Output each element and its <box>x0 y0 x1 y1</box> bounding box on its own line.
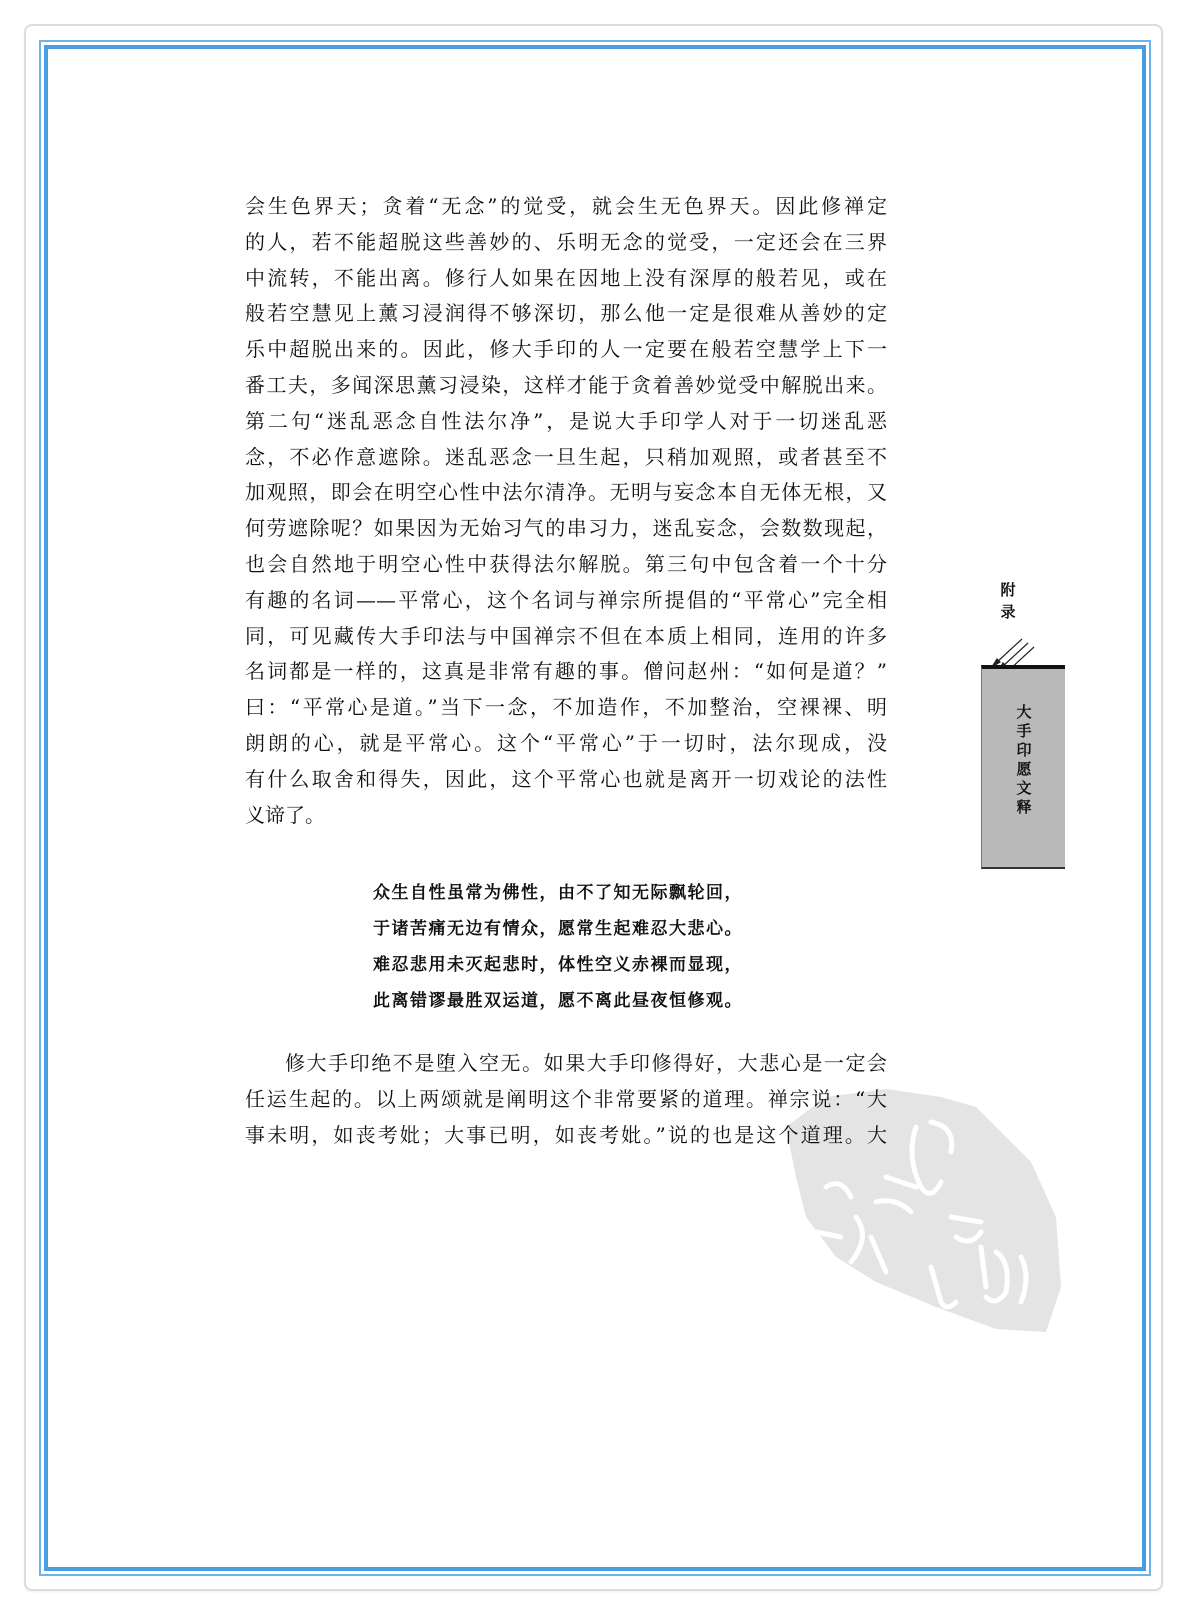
chapter-tab: 大手印愿文释 <box>981 665 1065 869</box>
verse-block: 众生自性虽常为佛性，由不了知无际飘轮回， 于诸苦痛无边有情众，愿常生起难忍大悲心… <box>373 875 813 1019</box>
text-line: 名词都是一样的，这真是非常有趣的事。僧问赵州：“如何是道？” <box>245 654 887 690</box>
text-line: 的人，若不能超脱这些善妙的、乐明无念的觉受，一定还会在三界 <box>245 225 887 261</box>
text-line: 第二句“迷乱恶念自性法尔净”，是说大手印学人对于一切迷乱恶 <box>245 404 887 440</box>
section-label: 附录 <box>996 579 1020 623</box>
verse-line: 难忍悲用未灭起悲时，体性空义赤裸而显现， <box>373 947 813 983</box>
text-line: 朗朗的心，就是平常心。这个“平常心”于一切时，法尔现成，没 <box>245 726 887 762</box>
text-line: 义谛了。 <box>245 798 887 834</box>
text-line: 般若空慧见上薰习浸润得不够深切，那么他一定是很难从善妙的定 <box>245 296 887 332</box>
text-line: 中流转，不能出离。修行人如果在因地上没有深厚的般若见，或在 <box>245 261 887 297</box>
body-paragraph: 会生色界天；贪着“无念”的觉受，就会生无色界天。因此修禅定 的人，若不能超脱这些… <box>245 189 887 833</box>
text-line: 有什么取舍和得失，因此，这个平常心也就是离开一切戏论的法性 <box>245 762 887 798</box>
text-line: 有趣的名词——平常心，这个名词与禅宗所提倡的“平常心”完全相 <box>245 583 887 619</box>
text-line: 也会自然地于明空心性中获得法尔解脱。第三句中包含着一个十分 <box>245 547 887 583</box>
text-line: 加观照，即会在明空心性中法尔清净。无明与妄念本自无体无根，又 <box>245 475 887 511</box>
text-line: 番工夫，多闻深思薰习浸染，这样才能于贪着善妙觉受中解脱出来。 <box>245 368 887 404</box>
text-line: 同，可见藏传大手印法与中国禅宗不但在本质上相同，连用的许多 <box>245 619 887 655</box>
verse-line: 众生自性虽常为佛性，由不了知无际飘轮回， <box>373 875 813 911</box>
book-page: 会生色界天；贪着“无念”的觉受，就会生无色界天。因此修禅定 的人，若不能超脱这些… <box>48 49 1142 1567</box>
closing-paragraph: 修大手印绝不是堕入空无。如果大手印修得好，大悲心是一定会 任运生起的。以上两颂就… <box>245 1046 887 1153</box>
text-line: 事未明，如丧考妣；大事已明，如丧考妣。”说的也是这个道理。大 <box>245 1118 887 1154</box>
text-line: 任运生起的。以上两颂就是阐明这个非常要紧的道理。禅宗说：“大 <box>245 1082 887 1118</box>
text-line: 曰：“平常心是道。”当下一念，不加造作，不加整治，空裸裸、明 <box>245 690 887 726</box>
text-line: 何劳遮除呢？如果因为无始习气的串习力，迷乱妄念，会数数现起， <box>245 511 887 547</box>
chapter-title: 大手印愿文释 <box>1013 703 1035 817</box>
verse-line: 于诸苦痛无边有情众，愿常生起难忍大悲心。 <box>373 911 813 947</box>
text-line: 乐中超脱出来的。因此，修大手印的人一定要在般若空慧学上下一 <box>245 332 887 368</box>
text-line: 会生色界天；贪着“无念”的觉受，就会生无色界天。因此修禅定 <box>245 189 887 225</box>
text-line: 念，不必作意遮除。迷乱恶念一旦生起，只稍加观照，或者甚至不 <box>245 440 887 476</box>
verse-line: 此离错谬最胜双运道，愿不离此昼夜恒修观。 <box>373 983 813 1019</box>
text-line: 修大手印绝不是堕入空无。如果大手印修得好，大悲心是一定会 <box>245 1046 887 1082</box>
